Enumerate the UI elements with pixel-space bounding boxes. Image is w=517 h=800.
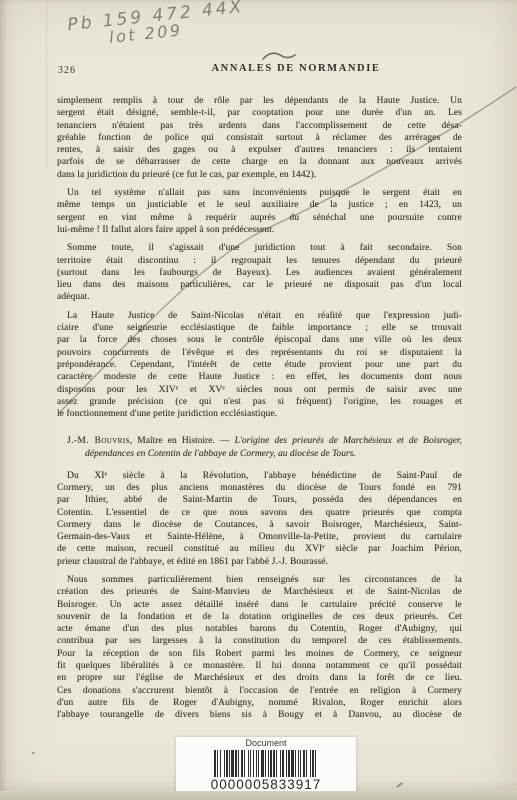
text-line: territoire était discontinu : il regroup… — [57, 255, 462, 267]
ink-speck — [32, 752, 35, 754]
text-line: de cette maison, recueil constitué au mi… — [57, 543, 462, 555]
text-line: prieur claustral de l'abbaye, et édité e… — [57, 556, 462, 568]
text-line: Pour la réception de son fils Robert par… — [57, 648, 462, 660]
text-line: fit quelques libéralités à ce monastère.… — [57, 660, 462, 672]
text-line: dans la juridiction du prieuré (ce fut l… — [57, 169, 462, 181]
review-author-role: , Maître en Histoire. — — [130, 436, 235, 446]
paragraph: Somme toute, il s'agissait d'une juridic… — [57, 242, 462, 303]
page-left-edge — [0, 0, 7, 800]
page-number: 326 — [58, 65, 76, 76]
vertical-crease — [46, 0, 47, 170]
text-line: prépondérance. Cependant, l'intérêt de c… — [57, 359, 462, 371]
text-line: souvenir de la fondation et de la dotati… — [57, 611, 462, 623]
review-author: J.-M. Bouvris — [67, 436, 130, 446]
text-line: contribua par ses largesses à la constit… — [57, 635, 462, 647]
text-line: en propre sur l'église de Marchésieux et… — [57, 672, 462, 684]
text-line: Germain-des-Vaux et Sainte-Hélène, à Omo… — [57, 531, 462, 543]
scanned-journal-page: Pb 159 472 44X lot 209 326 ANNALES DE NO… — [0, 0, 517, 800]
text-line: même temps un justiciable et le seul aux… — [57, 199, 462, 211]
text-line: ciaire d'une seigneurie ecclésiastique d… — [57, 322, 462, 334]
paragraph: simplement remplis à tour de rôle par le… — [57, 95, 462, 181]
text-line: Ces donations s'accrurent bientôt à l'oc… — [57, 685, 462, 697]
text-line: Boisroger. Un acte assez détaillé inséré… — [57, 599, 462, 611]
text-line: adéquat. — [57, 291, 462, 303]
journal-title: ANNALES DE NORMANDIE — [146, 63, 446, 74]
text-column: simplement remplis à tour de rôle par le… — [57, 95, 462, 728]
text-line: gréable fonction de police qui consistai… — [57, 132, 462, 144]
tilde-mark — [263, 53, 295, 59]
text-line: assez grande précision (ce qui n'est pas… — [57, 396, 462, 408]
page-bottom-edge — [0, 791, 517, 800]
paragraph: Un tel système n'allait pas sans inconvé… — [57, 187, 462, 236]
text-line: sergent était désigné, semble-t-il, par … — [57, 107, 462, 119]
text-line: par Ithier, abbé de Saint-Martin de Tour… — [57, 494, 462, 506]
text-line: disposons pour les XIVᵉ et XVᵉ siècles n… — [57, 384, 462, 396]
text-line: Cormery dans le diocèse de Coutances, à … — [57, 519, 462, 531]
text-line: lieu dans des maisons particulières, car… — [57, 279, 462, 291]
text-line: caractère modeste de cette Haute Justice… — [57, 371, 462, 383]
text-line: sergent en vint même à requérir auprès d… — [57, 212, 462, 224]
text-line: Somme toute, il s'agissait d'une juridic… — [57, 242, 462, 254]
text-line: pouvoirs concurrents de l'évêque et des … — [57, 347, 462, 359]
paragraph: Du XIᵉ siècle à la Révolution, l'abbaye … — [57, 470, 462, 568]
paragraph: Nous sommes particulièrement bien rensei… — [57, 574, 462, 722]
review-heading: J.-M. Bouvris, Maître en Histoire. — L'o… — [57, 435, 462, 460]
text-line: acte émane d'un des plus notables barons… — [57, 623, 462, 635]
text-line: Un tel système n'allait pas sans inconvé… — [57, 187, 462, 199]
text-line: rentes, à saisir des gages ou à expulser… — [57, 144, 462, 156]
text-line: (surtout dans les faubourgs de Bayeux). … — [57, 267, 462, 279]
barcode-sticker: Document 0000005833917 — [176, 737, 356, 794]
running-head: 326 ANNALES DE NORMANDIE — [57, 63, 462, 78]
barcode-bars — [188, 750, 344, 777]
text-line: le fonctionnement d'une petite juridicti… — [57, 408, 462, 420]
text-line: Nous sommes particulièrement bien rensei… — [57, 574, 462, 586]
handwritten-classmark: Pb 159 472 44X lot 209 — [67, 0, 247, 51]
text-line: création des prieurés de Saint-Manvieu d… — [57, 586, 462, 598]
paragraph: La Haute Justice de Saint-Nicolas n'étai… — [57, 310, 462, 421]
text-line: par la force des choses sous le contrôle… — [57, 334, 462, 346]
barcode-gap — [316, 750, 318, 777]
text-line: Cotentin. L'essentiel de ce que nous sav… — [57, 507, 462, 519]
text-line: Cormery, un des plus anciens monastères … — [57, 482, 462, 494]
text-line: Du XIᵉ siècle à la Révolution, l'abbaye … — [57, 470, 462, 482]
text-line: l'abbaye tourangelle de divers biens sis… — [57, 709, 462, 721]
text-line: lui-même ! Il fallut alors faire appel à… — [57, 224, 462, 236]
text-line: tenanciers n'étaient pas très ardents da… — [57, 120, 462, 132]
text-line: La Haute Justice de Saint-Nicolas n'étai… — [57, 310, 462, 322]
text-line: parfois de se débarrasser de cette charg… — [57, 156, 462, 168]
barcode-label: Document — [176, 738, 356, 749]
text-line: d'un autre fils de Roger d'Aubigny, nomm… — [57, 697, 462, 709]
pencil-tick-mark — [396, 782, 403, 787]
text-line: simplement remplis à tour de rôle par le… — [57, 95, 462, 107]
